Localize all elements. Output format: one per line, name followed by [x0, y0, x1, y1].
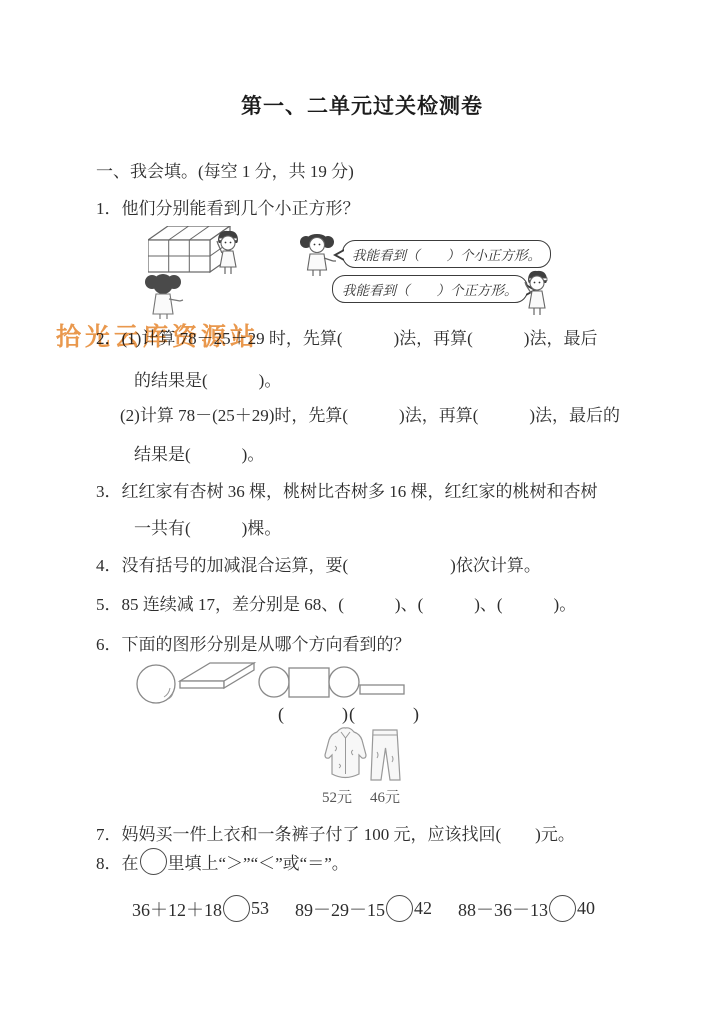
question-2-line3: (2)计算 78－(25＋29)时，先算( )法，再算( )法，最后的	[120, 401, 620, 426]
girl-figure-icon	[142, 271, 186, 321]
boy-figure-icon	[520, 268, 554, 318]
circle-view-icon	[259, 667, 289, 697]
comparison-circle-icon	[140, 848, 167, 875]
question-2-line2: 的结果是( )。	[134, 366, 281, 391]
question-8-post: 里填上“＞”“＜”或“＝”。	[168, 849, 349, 874]
equation-2-left: 89－29－15	[295, 896, 385, 922]
equation-2: 89－29－15 42	[295, 895, 432, 922]
speech-bubble-boy: 我能看到（ ）个正方形。	[332, 275, 528, 303]
speech-bubble-girl-text: 我能看到（ ）个小正方形。	[352, 248, 541, 263]
equation-3-left: 88－36－13	[458, 896, 548, 922]
boy-figure-icon	[212, 229, 244, 277]
price-labels: 52元 46元	[322, 786, 400, 807]
speech-bubble-girl: 我能看到（ ）个小正方形。	[342, 240, 551, 268]
girl-figure-icon	[298, 233, 336, 279]
ball-icon	[137, 665, 175, 703]
question-2-line4: 结果是( )。	[134, 440, 264, 465]
thin-rectangle-view-icon	[360, 685, 404, 694]
equation-1-right: 53	[251, 898, 269, 919]
clothes-illustration	[317, 722, 412, 788]
comparison-circle-icon	[386, 895, 413, 922]
slab-front	[180, 681, 224, 688]
question-4-text: 4．没有括号的加减混合运算，要( )依次计算。	[96, 551, 541, 576]
speech-bubble-boy-text: 我能看到（ ）个正方形。	[342, 283, 518, 298]
question-6-text: 6．下面的图形分别是从哪个方向看到的？	[96, 630, 411, 655]
section-header: 一、我会填。(每空 1 分，共 19 分)	[96, 157, 354, 182]
test-paper-page: 第一、二单元过关检测卷 一、我会填。(每空 1 分，共 19 分) 1．他们分别…	[0, 0, 724, 1024]
equation-1-left: 36＋12＋18	[132, 896, 222, 922]
question-8-equations: 36＋12＋18 53 89－29－15 42 88－36－13 40	[132, 895, 595, 922]
question-3-line1: 3．红红家有杏树 36 棵，桃树比杏树多 16 棵，红红家的桃树和杏树	[96, 477, 598, 502]
equation-3-right: 40	[577, 898, 595, 919]
circle-view-icon	[329, 667, 359, 697]
question-3-line2: 一共有( )棵。	[134, 514, 281, 539]
question-1-text: 1．他们分别能看到几个小正方形？	[96, 194, 360, 219]
question-5-text: 5．85 连续减 17，差分别是 68、( )、( )、( )。	[96, 590, 576, 615]
equation-3: 88－36－13 40	[458, 895, 595, 922]
jacket-price-label: 52元	[322, 786, 352, 807]
rectangle-view-icon	[289, 668, 329, 697]
equation-1: 36＋12＋18 53	[132, 895, 269, 922]
site-watermark: 拾光云库资源站	[56, 317, 259, 353]
pants-price-label: 46元	[370, 786, 400, 807]
page-title: 第一、二单元过关检测卷	[0, 90, 724, 120]
question-8-pre: 8．在	[96, 849, 139, 874]
question-7-text: 7．妈妈买一件上衣和一条裤子付了 100 元，应该找回( )元。	[96, 820, 575, 845]
comparison-circle-icon	[549, 895, 576, 922]
comparison-circle-icon	[223, 895, 250, 922]
equation-2-right: 42	[414, 898, 432, 919]
question-1-illustration: 我能看到（ ）个小正方形。 我能看到（ ）个正方形。	[140, 224, 580, 326]
question-8-text: 8．在 里填上“＞”“＜”或“＝”。	[96, 848, 349, 875]
pants-icon	[371, 730, 400, 780]
